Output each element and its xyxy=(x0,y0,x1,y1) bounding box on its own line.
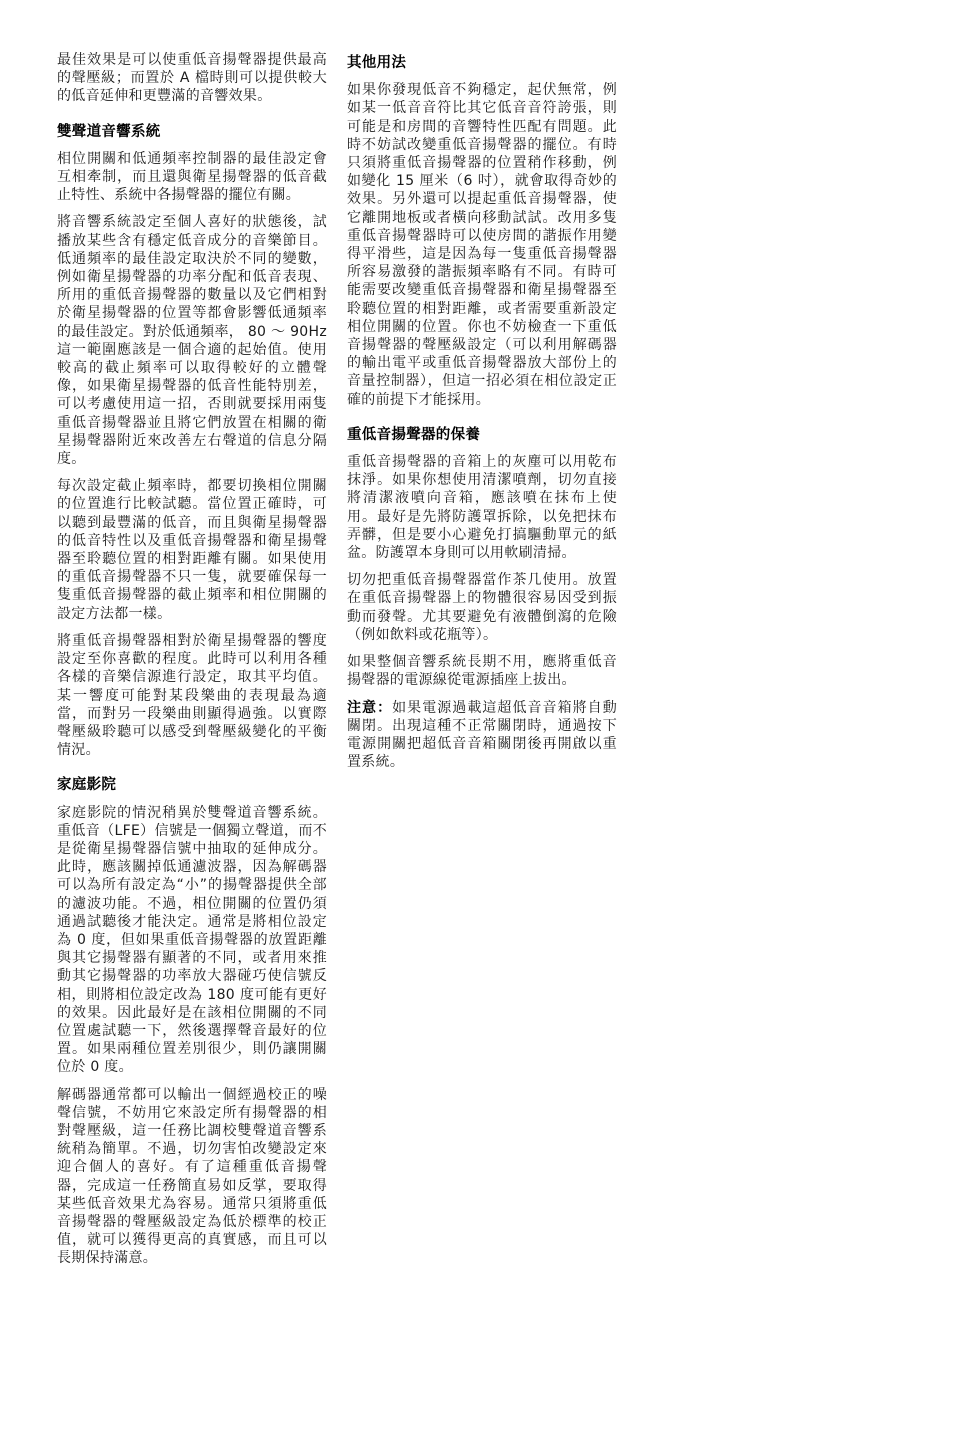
home-theater-paragraph-2: 解碼器通常都可以輸出一個經過校正的噪聲信號，不妨用它來設定所有揚聲器的相對聲壓級… xyxy=(57,1086,327,1268)
other-uses-paragraph: 如果你發現低音不夠穩定，起伏無常，例如某一低音音符比其它低音音符誇張，則可能是和… xyxy=(347,81,617,409)
two-channel-paragraph-4: 將重低音揚聲器相對於衛星揚聲器的響度設定至你喜歡的程度。此時可以利用各種各樣的音… xyxy=(57,632,327,759)
heading-other-uses: 其他用法 xyxy=(347,54,617,72)
two-channel-paragraph-2: 將音響系統設定至個人喜好的狀態後，試播放某些含有穩定低音成分的音樂節目。低通頻率… xyxy=(57,213,327,468)
note-label: 注意： xyxy=(347,700,392,716)
two-channel-paragraph-1: 相位開關和低通頻率控制器的最佳設定會互相牽制，而且還與衛星揚聲器的低音截止特性、… xyxy=(57,150,327,205)
heading-home-theater: 家庭影院 xyxy=(57,776,327,794)
intro-paragraph: 最佳效果是可以使重低音揚聲器提供最高的聲壓級；而置於 A 檔時則可以提供較大的低… xyxy=(57,51,327,106)
left-column: 最佳效果是可以使重低音揚聲器提供最高的聲壓級；而置於 A 檔時則可以提供較大的低… xyxy=(57,51,327,1277)
two-channel-paragraph-3: 每次設定截止頻率時，都要切換相位開關的位置進行比較試聽。當位置正確時，可以聽到最… xyxy=(57,477,327,623)
note-paragraph: 注意：如果電源過載這超低音音箱將自動關閉。出現這種不正常關閉時，通過按下電源開關… xyxy=(347,699,617,772)
heading-maintenance: 重低音揚聲器的保養 xyxy=(347,426,617,444)
maintenance-paragraph-3: 如果整個音響系統長期不用，應將重低音揚聲器的電源線從電源插座上拔出。 xyxy=(347,653,617,689)
home-theater-paragraph-1: 家庭影院的情況稍異於雙聲道音響系統。重低音（LFE）信號是一個獨立聲道，而不是從… xyxy=(57,804,327,1077)
right-column: 其他用法 如果你發現低音不夠穩定，起伏無常，例如某一低音音符比其它低音音符誇張，… xyxy=(347,51,617,780)
maintenance-paragraph-2: 切勿把重低音揚聲器當作茶几使用。放置在重低音揚聲器上的物體很容易因受到振動而發聲… xyxy=(347,571,617,644)
heading-two-channel-system: 雙聲道音響系統 xyxy=(57,123,327,141)
maintenance-paragraph-1: 重低音揚聲器的音箱上的灰塵可以用乾布抹淨。如果你想使用清潔噴劑，切勿直接將清潔液… xyxy=(347,453,617,562)
